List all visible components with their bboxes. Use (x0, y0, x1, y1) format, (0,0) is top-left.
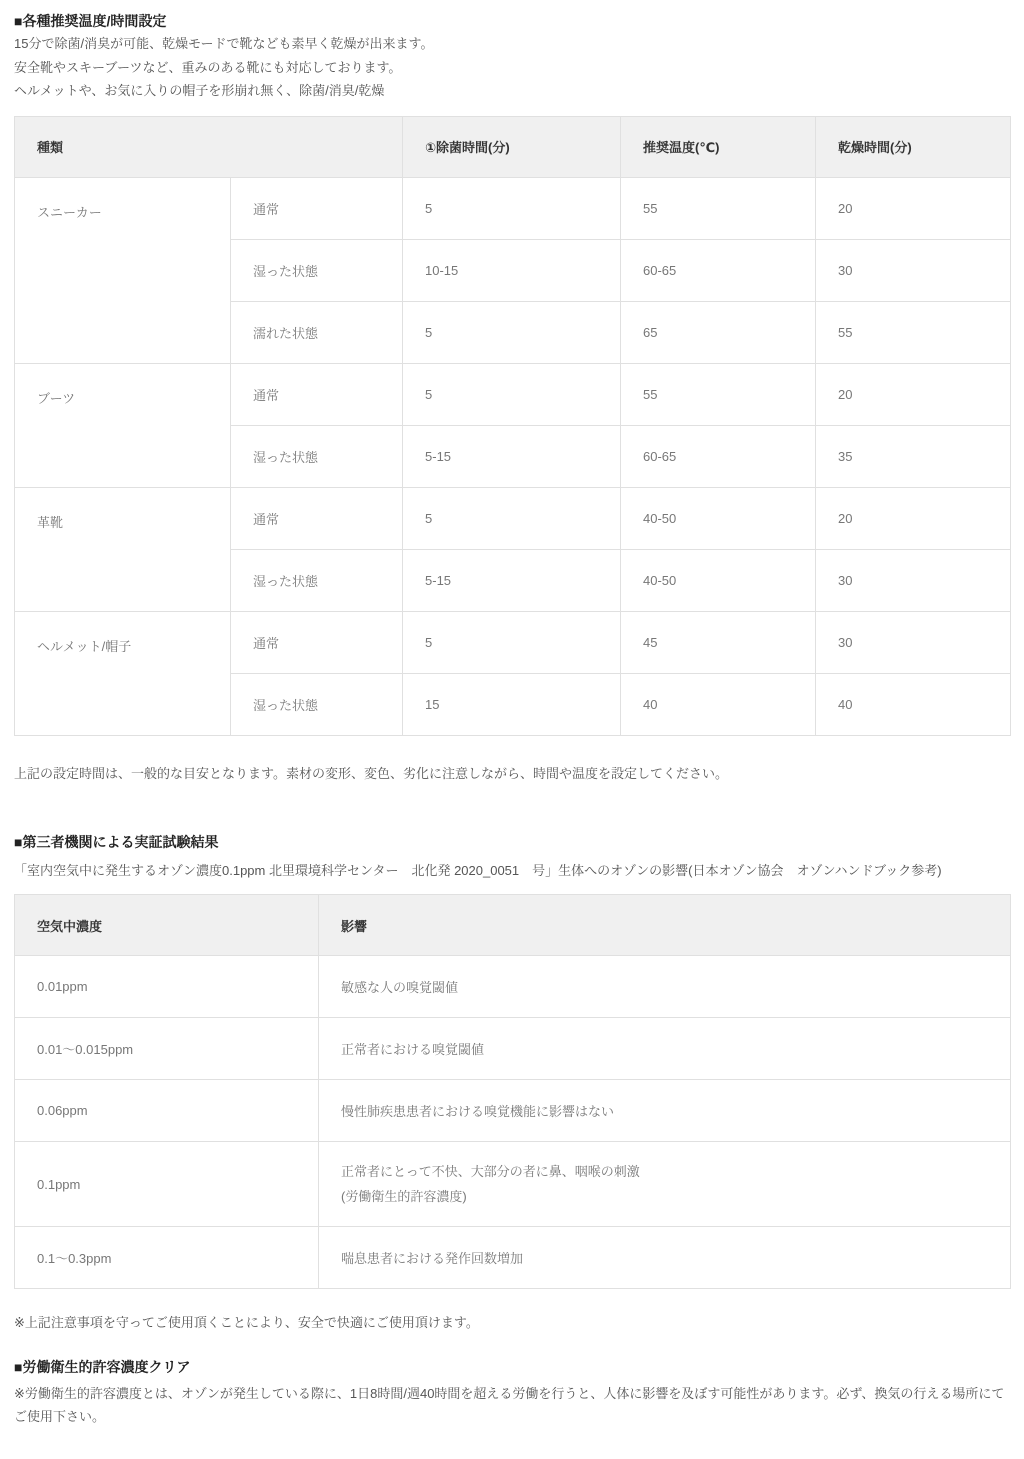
condition-cell: 通常 (231, 487, 403, 549)
condition-cell: 湿った状態 (231, 425, 403, 487)
settings-table: 種類 ①除菌時間(分) 推奨温度(℃) 乾燥時間(分) スニーカー 通常 5 5… (14, 116, 1011, 736)
settings-note: 上記の設定時間は、一般的な目安となります。素材の変形、変色、劣化に注意しながら、… (14, 764, 1010, 785)
condition-cell: 湿った状態 (231, 549, 403, 611)
header-concentration: 空気中濃度 (15, 895, 319, 956)
sterilize-cell: 5 (403, 363, 621, 425)
temp-cell: 45 (621, 611, 816, 673)
sterilize-cell: 5-15 (403, 425, 621, 487)
sterilize-cell: 5 (403, 301, 621, 363)
temp-cell: 60-65 (621, 425, 816, 487)
permissible-title: ■労働衛生的許容濃度クリア (14, 1356, 1010, 1378)
intro-line-3: ヘルメットや、お気に入りの帽子を形崩れ無く、除菌/消臭/乾燥 (14, 79, 1010, 102)
page: ■各種推奨温度/時間設定 15分で除菌/消臭が可能、乾燥モードで靴なども素早く乾… (0, 0, 1024, 1459)
settings-table-head: 種類 ①除菌時間(分) 推奨温度(℃) 乾燥時間(分) (15, 116, 1011, 177)
permissible-text: ※労働衛生的許容濃度とは、オゾンが発生している際に、1日8時間/週40時間を超え… (14, 1382, 1010, 1428)
dry-cell: 20 (816, 177, 1011, 239)
effect-cell: 慢性肺疾患患者における嗅覚機能に影響はない (319, 1080, 1011, 1142)
ozone-table-wrap: 空気中濃度 影響 0.01ppm 敏感な人の嗅覚閾値 0.01〜0.015ppm… (14, 894, 1010, 1289)
verification-section: ■第三者機関による実証試験結果 「室内空気中に発生するオゾン濃度0.1ppm 北… (14, 831, 1010, 883)
effect-line-2: (労働衛生的許容濃度) (341, 1184, 988, 1209)
header-sterilize-time: ①除菌時間(分) (403, 116, 621, 177)
ozone-table-head: 空気中濃度 影響 (15, 895, 1011, 956)
table-row: スニーカー 通常 5 55 20 (15, 177, 1011, 239)
effect-cell: 敏感な人の嗅覚閾値 (319, 956, 1011, 1018)
temp-cell: 60-65 (621, 239, 816, 301)
intro-title: ■各種推奨温度/時間設定 (14, 10, 1010, 32)
effect-cell: 正常者にとって不快、大部分の者に鼻、咽喉の刺激 (労働衛生的許容濃度) (319, 1142, 1011, 1227)
effect-cell: 喘息患者における発作回数増加 (319, 1227, 1011, 1289)
temp-cell: 40-50 (621, 549, 816, 611)
table-row: 0.06ppm 慢性肺疾患患者における嗅覚機能に影響はない (15, 1080, 1011, 1142)
table-row: 0.01ppm 敏感な人の嗅覚閾値 (15, 956, 1011, 1018)
condition-cell: 通常 (231, 363, 403, 425)
dry-cell: 55 (816, 301, 1011, 363)
header-type: 種類 (15, 116, 403, 177)
concentration-cell: 0.1〜0.3ppm (15, 1227, 319, 1289)
concentration-cell: 0.1ppm (15, 1142, 319, 1227)
settings-table-wrap: 種類 ①除菌時間(分) 推奨温度(℃) 乾燥時間(分) スニーカー 通常 5 5… (14, 116, 1010, 736)
effect-line-1: 正常者にとって不快、大部分の者に鼻、咽喉の刺激 (341, 1159, 988, 1184)
temp-cell: 40 (621, 673, 816, 735)
sterilize-cell: 5 (403, 611, 621, 673)
sterilize-cell: 5 (403, 177, 621, 239)
dry-cell: 30 (816, 239, 1011, 301)
dry-cell: 30 (816, 549, 1011, 611)
header-recommended-temp: 推奨温度(℃) (621, 116, 816, 177)
concentration-cell: 0.01ppm (15, 956, 319, 1018)
condition-cell: 湿った状態 (231, 673, 403, 735)
concentration-cell: 0.06ppm (15, 1080, 319, 1142)
type-cell-helmet: ヘルメット/帽子 (15, 611, 231, 735)
table-row: ヘルメット/帽子 通常 5 45 30 (15, 611, 1011, 673)
ozone-table: 空気中濃度 影響 0.01ppm 敏感な人の嗅覚閾値 0.01〜0.015ppm… (14, 894, 1011, 1289)
dry-cell: 30 (816, 611, 1011, 673)
table-row: ブーツ 通常 5 55 20 (15, 363, 1011, 425)
settings-table-body: スニーカー 通常 5 55 20 湿った状態 10-15 60-65 30 濡れ… (15, 177, 1011, 735)
effect-cell: 正常者における嗅覚閾値 (319, 1018, 1011, 1080)
safety-note: ※上記注意事項を守ってご使用頂くことにより、安全で快適にご使用頂けます。 (14, 1313, 1010, 1334)
condition-cell: 通常 (231, 177, 403, 239)
verification-reference: 「室内空気中に発生するオゾン濃度0.1ppm 北里環境科学センター 北化発 20… (14, 859, 1010, 882)
intro-section: ■各種推奨温度/時間設定 15分で除菌/消臭が可能、乾燥モードで靴なども素早く乾… (14, 10, 1010, 102)
concentration-cell: 0.01〜0.015ppm (15, 1018, 319, 1080)
condition-cell: 通常 (231, 611, 403, 673)
intro-line-1: 15分で除菌/消臭が可能、乾燥モードで靴なども素早く乾燥が出来ます。 (14, 32, 1010, 55)
dry-cell: 35 (816, 425, 1011, 487)
dry-cell: 20 (816, 363, 1011, 425)
verification-title: ■第三者機関による実証試験結果 (14, 831, 1010, 853)
temp-cell: 55 (621, 177, 816, 239)
sterilize-cell: 5-15 (403, 549, 621, 611)
condition-cell: 濡れた状態 (231, 301, 403, 363)
type-cell-sneaker: スニーカー (15, 177, 231, 363)
settings-header-row: 種類 ①除菌時間(分) 推奨温度(℃) 乾燥時間(分) (15, 116, 1011, 177)
temp-cell: 40-50 (621, 487, 816, 549)
dry-cell: 40 (816, 673, 1011, 735)
table-row: 0.1ppm 正常者にとって不快、大部分の者に鼻、咽喉の刺激 (労働衛生的許容濃… (15, 1142, 1011, 1227)
table-row: 0.01〜0.015ppm 正常者における嗅覚閾値 (15, 1018, 1011, 1080)
intro-line-2: 安全靴やスキーブーツなど、重みのある靴にも対応しております。 (14, 56, 1010, 79)
ozone-table-body: 0.01ppm 敏感な人の嗅覚閾値 0.01〜0.015ppm 正常者における嗅… (15, 956, 1011, 1289)
sterilize-cell: 10-15 (403, 239, 621, 301)
table-row: 0.1〜0.3ppm 喘息患者における発作回数増加 (15, 1227, 1011, 1289)
sterilize-cell: 15 (403, 673, 621, 735)
header-effect: 影響 (319, 895, 1011, 956)
dry-cell: 20 (816, 487, 1011, 549)
sterilize-cell: 5 (403, 487, 621, 549)
temp-cell: 55 (621, 363, 816, 425)
condition-cell: 湿った状態 (231, 239, 403, 301)
header-dry-time: 乾燥時間(分) (816, 116, 1011, 177)
temp-cell: 65 (621, 301, 816, 363)
type-cell-leather-shoes: 革靴 (15, 487, 231, 611)
permissible-section: ■労働衛生的許容濃度クリア ※労働衛生的許容濃度とは、オゾンが発生している際に、… (14, 1356, 1010, 1429)
ozone-header-row: 空気中濃度 影響 (15, 895, 1011, 956)
table-row: 革靴 通常 5 40-50 20 (15, 487, 1011, 549)
type-cell-boots: ブーツ (15, 363, 231, 487)
